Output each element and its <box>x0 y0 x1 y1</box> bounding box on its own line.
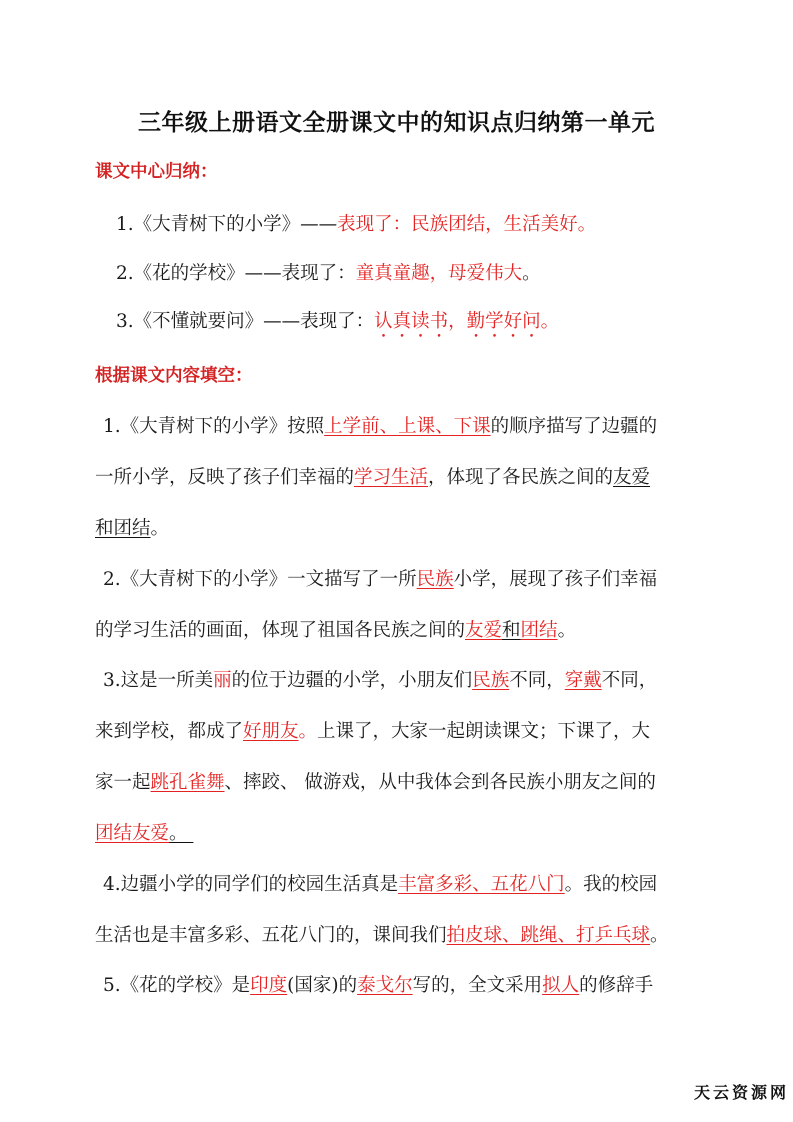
section-heading-summary: 课文中心归纳： <box>95 158 218 183</box>
text: 写的，全文采用 <box>413 975 543 996</box>
text: 来到学校，都成了 <box>95 721 243 742</box>
answer: 拟人 <box>542 975 579 996</box>
answer: 民族 <box>472 670 509 691</box>
section-heading-fill-blanks: 根据课文内容填空： <box>95 362 253 387</box>
text: 一所小学，反映了孩子们幸福的 <box>95 467 354 488</box>
text: 小学，展现了孩子们幸福 <box>454 569 658 590</box>
text: ，体现了各民族之间的 <box>428 467 613 488</box>
answer-black: 和 <box>502 620 521 641</box>
summary-item-1: 1.《大青树下的小学》——表现了：民族团结，生活美好。 <box>116 210 596 236</box>
answer: 好朋友 <box>243 721 299 742</box>
text: 。 <box>650 925 669 946</box>
answer: 印度 <box>250 975 287 996</box>
answer: 友爱 <box>465 620 502 641</box>
summary-answer: 表现了：民族团结，生活美好。 <box>337 214 596 235</box>
fill-line: 一所小学，反映了孩子们幸福的学习生活，体现了各民族之间的友爱 <box>95 463 650 489</box>
text: 的位于边疆的小学，小朋友们 <box>232 670 473 691</box>
text: 。 <box>151 518 170 539</box>
fill-line: 4.边疆小学的同学们的校园生活真是丰富多彩、五花八门。我的校园 <box>103 870 657 896</box>
text: 不同， <box>602 670 658 691</box>
answer: 团结友爱 <box>95 823 169 844</box>
text: 的顺序描写了边疆的 <box>491 416 658 437</box>
answer: 民族 <box>417 569 454 590</box>
text: 。我的校园 <box>565 874 658 895</box>
summary-text: 3.《不懂就要问》——表现了： <box>116 311 374 332</box>
summary-text: 1.《大青树下的小学》—— <box>116 214 337 235</box>
answer: 上学前、上课、下课 <box>324 416 491 437</box>
text: (国家)的 <box>287 975 357 996</box>
fill-line: 来到学校，都成了好朋友。上课了，大家一起朗读课文；下课了，大 <box>95 717 650 743</box>
answer-black: 。 <box>169 823 193 844</box>
answer: 穿戴 <box>565 670 602 691</box>
answer: 学习生活 <box>354 467 428 488</box>
summary-answer-emphasis: 认真读书，勤学好问。 <box>374 311 559 332</box>
page-title: 三年级上册语文全册课文中的知识点归纳第一单元 <box>0 104 793 137</box>
fill-line: 的学习生活的画面，体现了祖国各民族之间的友爱和团结。 <box>95 616 576 642</box>
summary-answer: 童真童趣，母爱伟大 <box>356 263 523 284</box>
text: 1.《大青树下的小学》按照 <box>103 416 324 437</box>
text: 的学习生活的画面，体现了祖国各民族之间的 <box>95 620 465 641</box>
text: 2.《大青树下的小学》一文描写了一所 <box>103 569 417 590</box>
answer: 拍皮球、跳绳、打乒乓球 <box>447 925 651 946</box>
fill-line: 1.《大青树下的小学》按照上学前、上课、下课的顺序描写了边疆的 <box>103 412 657 438</box>
text: 、摔跤、 做游戏，从中我体会到各民族小朋友之间的 <box>225 772 656 793</box>
text: 4.边疆小学的同学们的校园生活真是 <box>103 874 398 895</box>
text: 3.这是一所美 <box>103 670 213 691</box>
summary-item-3: 3.《不懂就要问》——表现了：认真读书，勤学好问。 <box>116 307 559 342</box>
fill-line: 3.这是一所美丽的位于边疆的小学，小朋友们民族不同，穿戴不同， <box>103 666 657 692</box>
text: 家一起 <box>95 772 151 793</box>
fill-line: 5.《花的学校》是印度(国家)的泰戈尔写的，全文采用拟人的修辞手 <box>103 971 653 997</box>
fill-line: 生活也是丰富多彩、五花八门的，课间我们拍皮球、跳绳、打乒乓球。 <box>95 921 669 947</box>
punctuation: 。 <box>522 263 541 284</box>
answer: 丰富多彩、五花八门 <box>398 874 565 895</box>
document-page: 三年级上册语文全册课文中的知识点归纳第一单元 课文中心归纳： 1.《大青树下的小… <box>0 0 793 1122</box>
answer-black: 和团结 <box>95 518 151 539</box>
fill-line: 家一起跳孔雀舞、摔跤、 做游戏，从中我体会到各民族小朋友之间的 <box>95 768 656 794</box>
text: 的修辞手 <box>579 975 653 996</box>
answer: 团结 <box>521 620 558 641</box>
text: 不同， <box>509 670 565 691</box>
fill-line: 团结友爱。 <box>95 819 193 845</box>
answer-black: 友爱 <box>613 467 650 488</box>
text: 。 <box>558 620 577 641</box>
red-char: 丽 <box>213 670 232 691</box>
fill-line: 2.《大青树下的小学》一文描写了一所民族小学，展现了孩子们幸福 <box>103 565 657 591</box>
watermark-logo: 天云资源网 <box>694 1080 789 1103</box>
summary-item-2: 2.《花的学校》——表现了：童真童趣，母爱伟大。 <box>116 259 541 285</box>
red-char: 。 <box>299 721 318 742</box>
text: 上课了，大家一起朗读课文；下课了，大 <box>317 721 650 742</box>
fill-line: 和团结。 <box>95 514 169 540</box>
summary-text: 2.《花的学校》——表现了： <box>116 263 356 284</box>
answer: 泰戈尔 <box>357 975 413 996</box>
text: 生活也是丰富多彩、五花八门的，课间我们 <box>95 925 447 946</box>
answer: 跳孔雀舞 <box>151 772 225 793</box>
text: 5.《花的学校》是 <box>103 975 250 996</box>
